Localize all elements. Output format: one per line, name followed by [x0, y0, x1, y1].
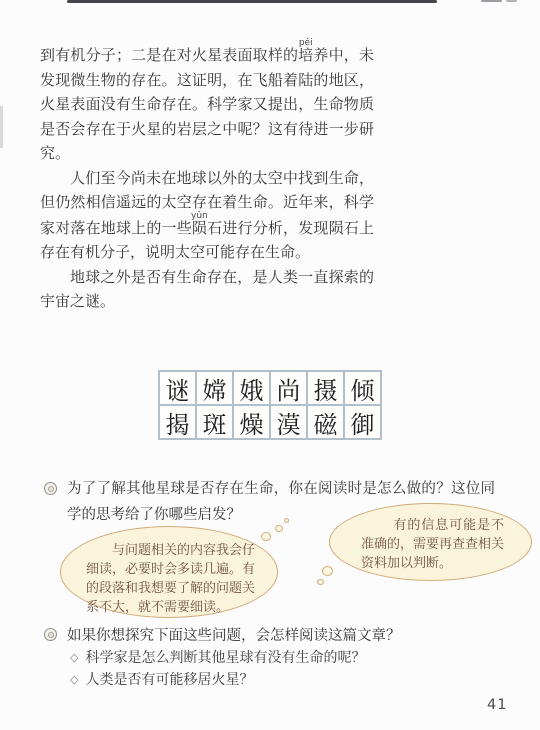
diamond-bullet-icon: ◇	[70, 673, 78, 686]
scan-artifact-strip-2	[481, 0, 502, 2]
sub-question-2-text: 人类是否有可能移居火星？	[85, 669, 253, 689]
scan-artifact-edge-smudge	[0, 106, 3, 148]
pinyin-annotated-character: 陨yǔn	[192, 221, 207, 237]
question-1-bullet-icon	[44, 482, 57, 495]
sub-question-2: ◇ 人类是否有可能移居火星？	[70, 669, 253, 689]
bullet-inner-ring	[48, 486, 54, 492]
scan-artifact-top-strip	[67, 0, 437, 3]
scan-artifact-strip-3	[506, 0, 517, 2]
article-paragraph: 人们至今尚未在地球以外的太空中找到生命，但仍然相信遥远的太空存在着生命。近年来，…	[40, 167, 374, 266]
grid-character: 倾	[344, 371, 381, 405]
article-paragraph: 地球之外是否有生命存在，是人类一直探索的宇宙之谜。	[40, 266, 374, 315]
character-grid: 谜 嫦 娥 尚 摄 倾 揭 斑 燥 漠 磁 御	[158, 370, 382, 440]
article-paragraph: 到有机分子；二是在对火星表面取样的培péi养中，未发现微生物的存在。这证明，在飞…	[40, 38, 374, 167]
grid-character: 揭	[159, 405, 196, 439]
textbook-page: 到有机分子；二是在对火星表面取样的培péi养中，未发现微生物的存在。这证明，在飞…	[0, 0, 540, 730]
grid-character: 御	[344, 405, 381, 439]
thought-bubble-right: 有的信息可能是不准确的，需要再查查相关资料加以判断。	[329, 503, 532, 581]
thought-bubble-right-tail-circle	[317, 579, 324, 585]
thought-bubble-left-tail-circle	[284, 518, 289, 523]
thought-bubble-left-tail-circle	[275, 525, 283, 532]
sub-question-1-text: 科学家是怎么判断其他星球有没有生命的呢？	[85, 647, 365, 667]
diamond-bullet-icon: ◇	[70, 651, 78, 664]
grid-character: 磁	[307, 405, 344, 439]
grid-character: 摄	[307, 371, 344, 405]
pinyin-annotated-character: 培péi	[298, 48, 313, 64]
thought-bubble-right-text: 有的信息可能是不准确的，需要再查查相关资料加以判断。	[330, 504, 531, 580]
bullet-inner-ring	[48, 632, 54, 638]
grid-character: 漠	[270, 405, 307, 439]
grid-character: 燥	[233, 405, 270, 439]
grid-character: 斑	[196, 405, 233, 439]
thought-bubble-left-tail-circle	[261, 532, 271, 541]
grid-character: 尚	[270, 371, 307, 405]
thought-bubble-left-text: 与问题相关的内容我会仔细读，必要时会多读几遍。有的段落和我想要了解的问题关系不大…	[61, 527, 277, 617]
sub-question-1: ◇ 科学家是怎么判断其他星球有没有生命的呢？	[70, 647, 365, 667]
grid-character: 嫦	[196, 371, 233, 405]
grid-character: 娥	[233, 371, 270, 405]
page-number: 41	[487, 697, 507, 713]
question-2-bullet-icon	[44, 628, 57, 641]
thought-bubble-left: 与问题相关的内容我会仔细读，必要时会多读几遍。有的段落和我想要了解的问题关系不大…	[60, 526, 278, 618]
thought-bubble-right-tail-circle	[322, 566, 333, 576]
article-body-text: 到有机分子；二是在对火星表面取样的培péi养中，未发现微生物的存在。这证明，在飞…	[40, 38, 374, 315]
grid-character: 谜	[159, 371, 196, 405]
question-2-text: 如果你想探究下面这些问题，会怎样阅读这篇文章？	[67, 624, 507, 650]
